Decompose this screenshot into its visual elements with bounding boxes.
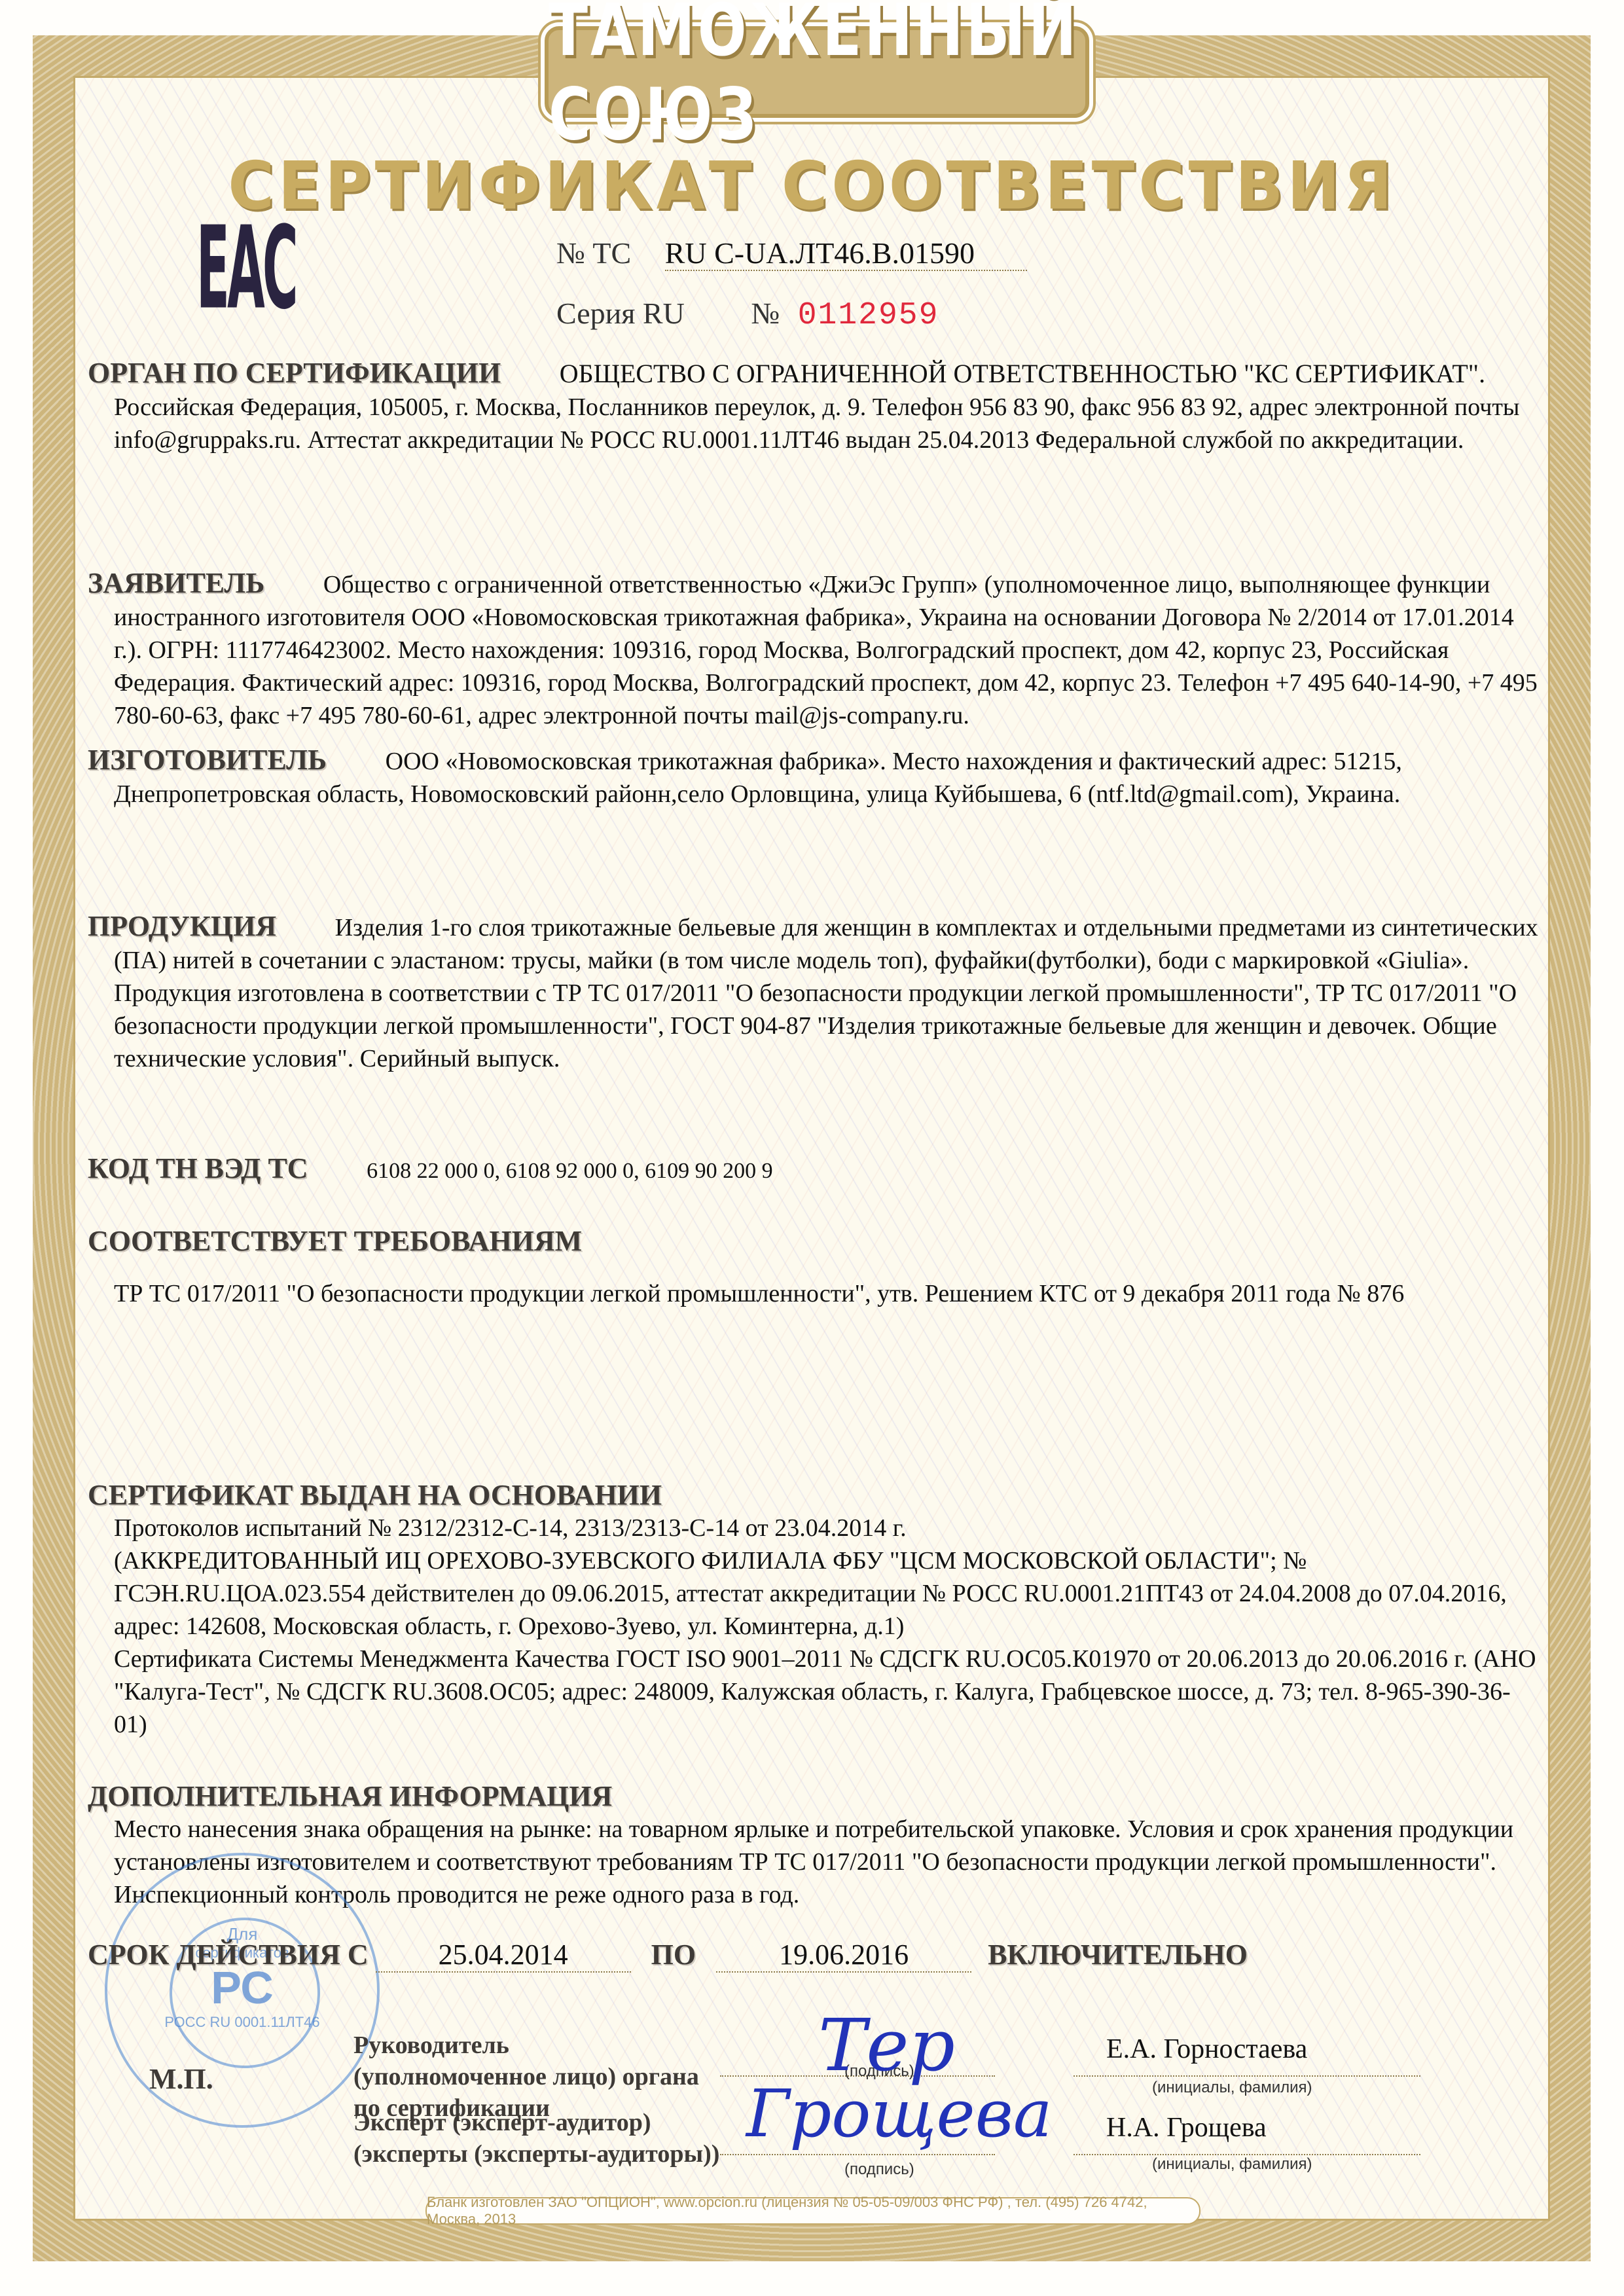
section-label: СЕРТИФИКАТ ВЫДАН НА ОСНОВАНИИ [88,1478,1538,1512]
product-text: Изделия 1-го слоя трикотажные бельевые д… [114,914,1538,974]
stamp-place-label: М.П. [149,2062,213,2096]
section-label: СООТВЕТСТВУЕТ ТРЕБОВАНИЯМ [88,1224,1538,1258]
section-label: КОД ТН ВЭД ТС [88,1152,308,1184]
head-name: Е.А. Горностаева [1106,2033,1307,2065]
expert-signature-icon: Грощева [746,2075,1053,2152]
section-label: ЗАЯВИТЕЛЬ [88,567,264,599]
certificate-number: № ТС RU C-UA.ЛТ46.В.01590 [556,236,1027,270]
blank-number-label: № [751,297,780,330]
validity-period: СРОК ДЕЙСТВИЯ С 25.04.2014 ПО 19.06.2016… [88,1938,1248,1973]
basis-line: Сертификата Системы Менеджмента Качества… [88,1643,1538,1741]
section-label: ДОПОЛНИТЕЛЬНАЯ ИНФОРМАЦИЯ [88,1779,1538,1813]
certification-body-name: ОБЩЕСТВО С ОГРАНИЧЕННОЙ ОТВЕТСТВЕННОСТЬЮ… [560,359,1485,388]
basis-line: Протоколов испытаний № 2312/2312-С-14, 2… [88,1512,1538,1544]
requirements-text: ТР ТС 017/2011 "О безопасности продукции… [88,1277,1538,1310]
union-title: ТАМОЖЕННЫЙ СОЮЗ [549,0,1085,156]
certification-stamp: Для сертификатов РС РОСС RU 0001.11ЛТ46 [105,1853,380,2128]
section-certification-body: ОРГАН ПО СЕРТИФИКАЦИИ ОБЩЕСТВО С ОГРАНИЧ… [88,357,1538,456]
section-applicant: ЗАЯВИТЕЛЬ Общество с ограниченной ответс… [88,567,1538,732]
basis-line: (АККРЕДИТОВАННЫЙ ИЦ ОРЕХОВО-ЗУЕВСКОГО ФИ… [88,1544,1538,1643]
section-hs-code: КОД ТН ВЭД ТС 6108 22 000 0, 6108 92 000… [88,1152,1538,1188]
validity-inclusive-label: ВКЛЮЧИТЕЛЬНО [988,1938,1248,1971]
blank-series: Серия RU № 0112959 [556,296,939,333]
section-label: ПРОДУКЦИЯ [88,910,276,942]
product-standards: Продукция изготовлена в соответствии с Т… [88,977,1538,1075]
customs-union-banner: ТАМОЖЕННЫЙ СОЮЗ [545,26,1089,118]
section-manufacturer: ИЗГОТОВИТЕЛЬ ООО «Новомосковская трикота… [88,744,1538,811]
printer-note-text: Бланк изготовлен ЗАО "ОПЦИОН", www.opcio… [427,2194,1199,2228]
eac-logo-icon: EAC [196,203,257,336]
applicant-text: Общество с ограниченной ответственностью… [114,571,1538,729]
section-label: ИЗГОТОВИТЕЛЬ [88,744,327,776]
expert-signature-line [720,2154,995,2155]
certification-body-details: Российская Федерация, 105005, г. Москва,… [88,391,1538,456]
expert-signature-caption: (подпись) [844,2160,914,2179]
expert-name: Н.А. Грощева [1106,2112,1267,2143]
hs-code-value: 6108 22 000 0, 6108 92 000 0, 6109 90 20… [367,1159,773,1183]
expert-name-caption: (инициалы, фамилия) [1152,2155,1312,2174]
stamp-bottom-text: РОСС RU 0001.11ЛТ46 [164,2014,319,2031]
certificate-number-value: RU C-UA.ЛТ46.В.01590 [665,236,1027,271]
section-label: ОРГАН ПО СЕРТИФИКАЦИИ [88,357,501,389]
head-signature-icon: Тер [818,2003,955,2087]
section-product: ПРОДУКЦИЯ Изделия 1-го слоя трикотажные … [88,910,1538,1075]
certificate-number-label: № ТС [556,236,631,270]
validity-to-label: ПО [651,1938,696,1971]
validity-date-from: 25.04.2014 [376,1938,631,1973]
section-requirements: СООТВЕТСТВУЕТ ТРЕБОВАНИЯМ ТР ТС 017/2011… [88,1224,1538,1310]
series-label: Серия RU [556,297,685,330]
validity-date-to: 19.06.2016 [716,1938,971,1973]
head-name-caption: (инициалы, фамилия) [1152,2079,1312,2097]
printer-note: Бланк изготовлен ЗАО "ОПЦИОН", www.opcio… [425,2197,1200,2225]
head-name-line [1074,2075,1420,2077]
section-basis: СЕРТИФИКАТ ВЫДАН НА ОСНОВАНИИ Протоколов… [88,1478,1538,1741]
validity-from-label: СРОК ДЕЙСТВИЯ С [88,1938,369,1971]
expert-role: Эксперт (эксперт-аудитор) (эксперты (экс… [353,2107,720,2170]
blank-number-value: 0112959 [798,298,939,333]
